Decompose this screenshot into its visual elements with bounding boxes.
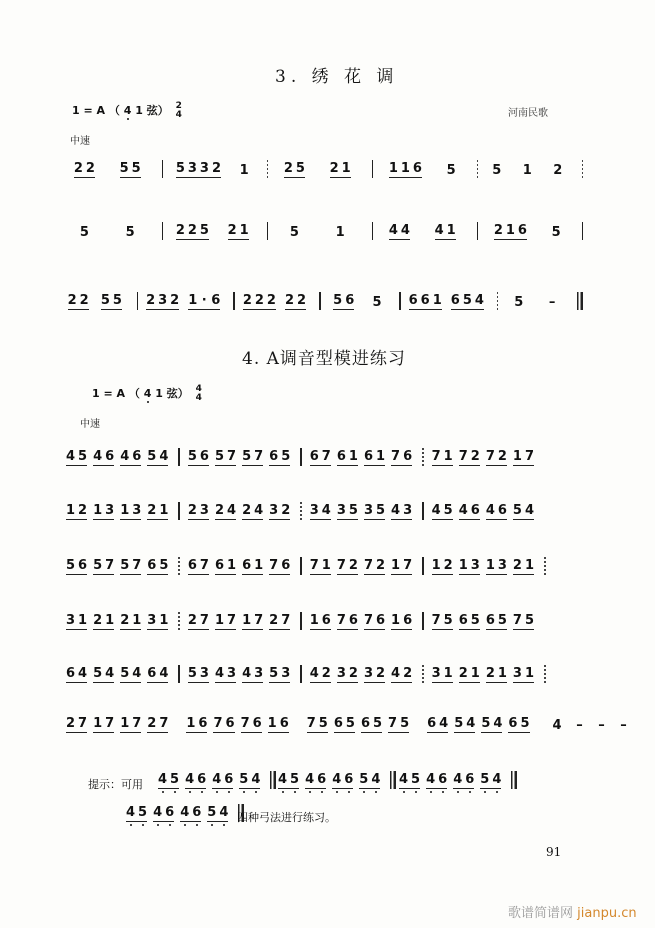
barline xyxy=(300,448,302,466)
notes: 17 xyxy=(242,614,263,630)
measure: 12131321 xyxy=(60,504,176,520)
notes: 31 xyxy=(147,614,168,630)
notes: 5 xyxy=(80,226,89,240)
notes: 31 xyxy=(66,614,87,630)
note: 2 xyxy=(513,559,522,573)
note-pair: 76 xyxy=(213,717,234,733)
note: 2 xyxy=(66,717,75,731)
notes: 65 xyxy=(486,614,507,630)
note: 2 xyxy=(322,667,331,681)
note: 4 xyxy=(391,504,400,518)
note: 4 xyxy=(435,224,444,238)
note-pair: 67 xyxy=(310,450,331,466)
note: 3 xyxy=(498,559,507,573)
note: 2 xyxy=(269,614,278,628)
notes: 56 xyxy=(188,450,209,466)
note: 2 xyxy=(93,614,102,628)
notes: 57 xyxy=(215,450,236,466)
barline xyxy=(582,222,584,240)
notes: 43 xyxy=(215,667,236,683)
note: 7 xyxy=(364,614,373,628)
note: 4 xyxy=(185,773,194,787)
notes: 54 xyxy=(480,773,501,789)
notes: 42 xyxy=(310,667,331,683)
measure: 4441 xyxy=(375,224,475,240)
note-group: 5 xyxy=(372,296,381,310)
note: 7 xyxy=(322,450,331,464)
notes: 76 xyxy=(391,450,412,466)
note-pair: 35 xyxy=(364,504,385,520)
note-pair: 54 xyxy=(93,667,114,683)
note-pair: 75 xyxy=(388,717,409,733)
note-pair: 53 xyxy=(269,667,290,683)
note-group: 21 xyxy=(330,162,351,178)
note: 5 xyxy=(376,504,385,518)
notes: 1 xyxy=(336,226,345,240)
note-group: 41 xyxy=(435,224,456,240)
note: 5 xyxy=(444,504,453,518)
note: 2 xyxy=(267,294,276,308)
note: 2 xyxy=(285,294,294,308)
note: 6 xyxy=(269,450,278,464)
notes: 16 xyxy=(268,717,289,733)
notes: 64 xyxy=(66,667,87,683)
note: 7 xyxy=(337,614,346,628)
notes: 45 xyxy=(278,773,299,789)
notes: 46 xyxy=(93,450,114,466)
note: 2 xyxy=(494,224,503,238)
measure: 53321 xyxy=(165,162,265,178)
note: 1 xyxy=(486,559,495,573)
notes: 23 xyxy=(188,504,209,520)
note: 6 xyxy=(508,717,517,731)
note-pair: 27 xyxy=(188,614,209,630)
note: 2 xyxy=(215,504,224,518)
note: 2 xyxy=(243,294,252,308)
note: 7 xyxy=(254,450,263,464)
note-pair: 71 xyxy=(310,559,331,575)
note: 3 xyxy=(188,162,197,176)
note: 1 xyxy=(159,614,168,628)
hint-pattern: 45464654 xyxy=(152,771,278,789)
note: 1 xyxy=(254,559,263,573)
note-pair: 43 xyxy=(242,667,263,683)
notes: 46 xyxy=(153,806,174,822)
barline xyxy=(399,292,401,310)
note: 1 xyxy=(105,614,114,628)
note: 6 xyxy=(421,294,430,308)
note: 5 xyxy=(80,226,89,240)
note-pair: 54 xyxy=(147,450,168,466)
barline xyxy=(267,160,269,178)
notes: 12 xyxy=(66,504,87,520)
note: 7 xyxy=(227,450,236,464)
notes: 24 xyxy=(242,504,263,520)
note: 4 xyxy=(212,773,221,787)
note: 3 xyxy=(471,559,480,573)
notes: 46 xyxy=(486,504,507,520)
notes: 76 xyxy=(269,559,290,575)
note: 5 xyxy=(552,226,561,240)
note: 7 xyxy=(432,450,441,464)
note: 5 xyxy=(444,614,453,628)
note-pair: 57 xyxy=(215,450,236,466)
note: 2 xyxy=(188,504,197,518)
notes: 5 xyxy=(290,226,299,240)
note: 4 xyxy=(401,224,410,238)
note-pair: 46 xyxy=(185,773,206,789)
note: 6 xyxy=(188,559,197,573)
note-pair: 32 xyxy=(269,504,290,520)
score-line: 55225215144412165 xyxy=(60,222,585,240)
key-prefix: 1 = A （ xyxy=(92,387,140,400)
note: 4 xyxy=(486,504,495,518)
note-pair: 72 xyxy=(364,559,385,575)
note-pair: 17 xyxy=(513,450,534,466)
note: 6 xyxy=(66,667,75,681)
note: 6 xyxy=(518,224,527,238)
measure: 56575765 xyxy=(60,559,176,575)
measure: 1165 xyxy=(375,162,475,178)
measure: 2255 xyxy=(60,294,135,310)
note-pair: 75 xyxy=(432,614,453,630)
score-line: 22555332125211165512 xyxy=(60,160,585,178)
note-pair: 46 xyxy=(305,773,326,789)
notes: 5 xyxy=(447,164,456,178)
note: 5 xyxy=(242,450,251,464)
barline xyxy=(137,292,139,310)
barline xyxy=(422,665,424,683)
note: 1 xyxy=(389,162,398,176)
note-group: 56 xyxy=(333,294,354,310)
note-group: 116 xyxy=(389,162,422,178)
note: 4 xyxy=(215,667,224,681)
note: 4 xyxy=(493,717,502,731)
notes: 46 xyxy=(180,806,201,822)
note-pair: 43 xyxy=(391,504,412,520)
note: 5 xyxy=(290,226,299,240)
note: 5 xyxy=(513,504,522,518)
notes: 75 xyxy=(432,614,453,630)
note-pair: 35 xyxy=(337,504,358,520)
note: 5 xyxy=(170,773,179,787)
note: 5 xyxy=(147,450,156,464)
note-pair: 16 xyxy=(268,717,289,733)
notes: 22 xyxy=(285,294,306,310)
time-signature: 4 4 xyxy=(196,385,202,403)
note-group: 1 xyxy=(336,226,345,240)
notes: 27 xyxy=(188,614,209,630)
notes: 5332 xyxy=(176,162,221,178)
note-pair: 31 xyxy=(147,614,168,630)
measure: 64545464 xyxy=(60,667,176,683)
note: 6 xyxy=(364,450,373,464)
note-group: 55 xyxy=(101,294,122,310)
measure: 67616176 xyxy=(304,450,420,466)
note: 6 xyxy=(403,450,412,464)
note: 5 xyxy=(120,162,129,176)
notes: 35 xyxy=(337,504,358,520)
notes: 65 xyxy=(508,717,529,733)
note: 3 xyxy=(227,667,236,681)
measure: 45464654 xyxy=(393,773,509,789)
notes: 53 xyxy=(269,667,290,683)
note: 1 xyxy=(242,614,251,628)
note: 1 xyxy=(186,717,195,731)
note-pair: 43 xyxy=(215,667,236,683)
note: – xyxy=(548,296,556,310)
measure: 16767616 xyxy=(180,717,296,733)
barline xyxy=(267,222,269,240)
note: 2 xyxy=(281,504,290,518)
note-pair: 64 xyxy=(66,667,87,683)
note: 6 xyxy=(78,559,87,573)
note-pair: 46 xyxy=(426,773,447,789)
note: 2 xyxy=(78,504,87,518)
note-pair: 46 xyxy=(153,806,174,822)
note: 6 xyxy=(226,717,235,731)
note: 5 xyxy=(78,450,87,464)
note-group: 5 xyxy=(290,226,299,240)
note-pair: 45 xyxy=(126,806,147,822)
note: 7 xyxy=(391,450,400,464)
note: 3 xyxy=(432,667,441,681)
score-line: 64545464534343534232324231212131 xyxy=(60,665,585,683)
note: 5 xyxy=(372,296,381,310)
notes: 2 xyxy=(553,164,562,178)
note: 4 xyxy=(391,667,400,681)
barline xyxy=(422,448,424,466)
note-pair: 12 xyxy=(66,504,87,520)
notes: 21 xyxy=(459,667,480,683)
note: 1 xyxy=(513,450,522,464)
notes: 116 xyxy=(389,162,422,178)
note: 6 xyxy=(486,614,495,628)
notes: 45 xyxy=(158,773,179,789)
note: 1 xyxy=(66,504,75,518)
note-pair: 45 xyxy=(278,773,299,789)
note: 1 xyxy=(78,614,87,628)
note: 2 xyxy=(553,164,562,178)
note: 1 xyxy=(506,224,515,238)
key-prefix: 1 = A （ xyxy=(72,104,120,117)
notes: 32 xyxy=(337,667,358,683)
notes: 5 xyxy=(126,226,135,240)
note: 5 xyxy=(269,667,278,681)
note-group: 5 xyxy=(80,226,89,240)
note: 1 xyxy=(132,614,141,628)
notes: 13 xyxy=(486,559,507,575)
notes: 31 xyxy=(432,667,453,683)
note: 2 xyxy=(146,294,155,308)
note-pair: 32 xyxy=(364,667,385,683)
notes: 46 xyxy=(120,450,141,466)
note: 5 xyxy=(207,806,216,820)
note-pair: 46 xyxy=(332,773,353,789)
notes: 24 xyxy=(215,504,236,520)
barline xyxy=(178,448,180,466)
barline xyxy=(162,160,164,178)
measure: 16767616 xyxy=(304,614,420,630)
note-pair: 46 xyxy=(120,450,141,466)
key-string-low: 4 xyxy=(144,387,152,400)
note: 6 xyxy=(361,717,370,731)
note: 3 xyxy=(105,504,114,518)
notes: 64 xyxy=(427,717,448,733)
note: 4 xyxy=(439,717,448,731)
measure: 31212131 xyxy=(60,614,176,630)
barline xyxy=(422,502,424,520)
note: 4 xyxy=(322,504,331,518)
note: 2 xyxy=(349,667,358,681)
note: 1 xyxy=(444,667,453,681)
note: 6 xyxy=(317,773,326,787)
measure: 22521 xyxy=(165,224,265,240)
note-pair: 13 xyxy=(93,504,114,520)
note: 7 xyxy=(337,559,346,573)
note-pair: 21 xyxy=(93,614,114,630)
note-group: 2 xyxy=(553,164,562,178)
note: 7 xyxy=(513,614,522,628)
note: 5 xyxy=(120,667,129,681)
note: 7 xyxy=(105,559,114,573)
note: 2 xyxy=(147,504,156,518)
notes: 16 xyxy=(310,614,331,630)
note-pair: 53 xyxy=(188,667,209,683)
note: 5 xyxy=(359,773,368,787)
note: 2 xyxy=(471,450,480,464)
note: 7 xyxy=(281,614,290,628)
final-barline xyxy=(511,771,517,789)
notes: 25 xyxy=(284,162,305,178)
notes: 1·6 xyxy=(188,294,220,310)
note: 7 xyxy=(432,614,441,628)
note: 3 xyxy=(513,667,522,681)
key-string-low: 4 xyxy=(124,104,132,117)
notes: 72 xyxy=(486,450,507,466)
note: 2 xyxy=(74,162,83,176)
note: 2 xyxy=(486,667,495,681)
note: 6 xyxy=(344,773,353,787)
notes: 45 xyxy=(432,504,453,520)
note: 2 xyxy=(349,559,358,573)
note: 1 xyxy=(525,559,534,573)
note: 7 xyxy=(159,717,168,731)
notes: 54 xyxy=(239,773,260,789)
note-pair: 56 xyxy=(66,559,87,575)
note: 4 xyxy=(492,773,501,787)
note: 4 xyxy=(466,717,475,731)
note: 2 xyxy=(330,162,339,176)
note: 4 xyxy=(278,773,287,787)
notes: 43 xyxy=(242,667,263,683)
note: 3 xyxy=(337,667,346,681)
note-group: 216 xyxy=(494,224,527,240)
note-pair: 42 xyxy=(310,667,331,683)
notes: 44 xyxy=(389,224,410,240)
note-group: 5 xyxy=(126,226,135,240)
note-pair: 45 xyxy=(432,504,453,520)
notes: 5 xyxy=(372,296,381,310)
note: 4 xyxy=(251,773,260,787)
note-pair: 17 xyxy=(391,559,412,575)
note: 4 xyxy=(105,667,114,681)
barline xyxy=(300,557,302,575)
note: 5 xyxy=(290,773,299,787)
score-line: 12131321232424323435354345464654 xyxy=(60,502,585,520)
notes: 46 xyxy=(212,773,233,789)
notes: 71 xyxy=(310,559,331,575)
note: 5 xyxy=(200,224,209,238)
note: 4 xyxy=(227,504,236,518)
song4-tempo: 中速 xyxy=(80,415,100,430)
note: 1 xyxy=(349,450,358,464)
note: 1 xyxy=(444,450,453,464)
note-pair: 17 xyxy=(120,717,141,733)
measure: 27171727 xyxy=(182,614,298,630)
measure: 22222 xyxy=(237,294,317,310)
notes: 61 xyxy=(242,559,263,575)
note: 6 xyxy=(105,450,114,464)
notes: 1 xyxy=(240,164,249,178)
measure: 42323242 xyxy=(304,667,420,683)
note-group: 1·6 xyxy=(188,294,220,310)
notes: 27 xyxy=(269,614,290,630)
note-pair: 16 xyxy=(391,614,412,630)
note: 4 xyxy=(66,450,75,464)
note: 1 xyxy=(432,559,441,573)
watermark: 歌谱简谱网 jianpu.cn xyxy=(508,902,637,921)
note: 3 xyxy=(364,504,373,518)
note: 4 xyxy=(159,667,168,681)
note-pair: 23 xyxy=(188,504,209,520)
measure: 4––– xyxy=(542,719,639,733)
note-pair: 24 xyxy=(242,504,263,520)
notes: 55 xyxy=(101,294,122,310)
note-pair: 54 xyxy=(454,717,475,733)
song3-tempo: 中速 xyxy=(70,132,90,147)
note: 6 xyxy=(224,773,233,787)
notes: 13 xyxy=(459,559,480,575)
note: 2 xyxy=(242,504,251,518)
notes: 21 xyxy=(93,614,114,630)
measure: 75656575 xyxy=(301,717,417,733)
barline xyxy=(477,160,479,178)
barline xyxy=(372,160,374,178)
notes: 45 xyxy=(66,450,87,466)
note-group: 225 xyxy=(176,224,209,240)
notes: 55 xyxy=(120,162,141,178)
note-pair: 17 xyxy=(93,717,114,733)
barline xyxy=(422,612,424,630)
notes: 76 xyxy=(241,717,262,733)
measure: 45464654 xyxy=(426,504,542,520)
note: 4 xyxy=(553,719,562,733)
notes: 67 xyxy=(188,559,209,575)
note-pair: 57 xyxy=(120,559,141,575)
note: 1 xyxy=(159,504,168,518)
note-group: 661 xyxy=(409,294,442,310)
measure: 34353543 xyxy=(304,504,420,520)
key-string-high: 1 xyxy=(155,387,163,400)
note: 4 xyxy=(399,773,408,787)
note-group: 44 xyxy=(389,224,410,240)
note-pair: 45 xyxy=(66,450,87,466)
note-pair: 54 xyxy=(239,773,260,789)
notes: 16 xyxy=(391,614,412,630)
note: 1 xyxy=(336,226,345,240)
notes: 46 xyxy=(305,773,326,789)
